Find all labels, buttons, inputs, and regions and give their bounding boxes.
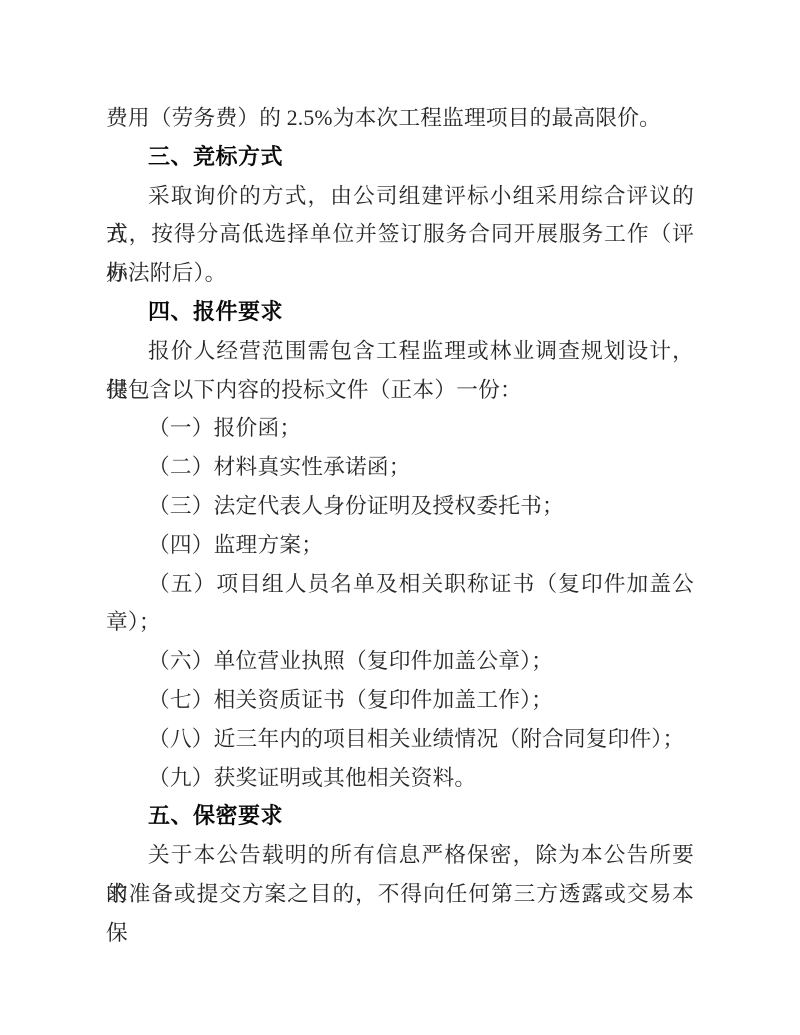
list-item-line: （五）项目组人员名单及相关职称证书（复印件加盖公 bbox=[106, 565, 694, 604]
list-item-line: （六）单位营业执照（复印件加盖公章）； bbox=[106, 642, 694, 681]
document-text-block: 费用（劳务费）的 2.5%为本次工程监理项目的最高限价。 三、竞标方式 采取询价… bbox=[106, 99, 694, 914]
body-line: 供包含以下内容的投标文件（正本）一份： bbox=[106, 371, 694, 410]
body-line: 关于本公告载明的所有信息严格保密，除为本公告所要求 bbox=[106, 836, 694, 875]
section-heading: 五、保密要求 bbox=[106, 797, 694, 836]
list-item-line: （一）报价函； bbox=[106, 409, 694, 448]
body-line: 的准备或提交方案之目的，不得向任何第三方透露或交易本保 bbox=[106, 875, 694, 914]
body-line: 式，按得分高低选择单位并签订服务合同开展服务工作（评标 bbox=[106, 215, 694, 254]
list-item-line: （三）法定代表人身份证明及授权委托书； bbox=[106, 487, 694, 526]
body-line: 费用（劳务费）的 2.5%为本次工程监理项目的最高限价。 bbox=[106, 99, 694, 138]
body-line: 报价人经营范围需包含工程监理或林业调查规划设计，提 bbox=[106, 332, 694, 371]
list-item-line: （九）获奖证明或其他相关资料。 bbox=[106, 759, 694, 798]
section-heading: 四、报件要求 bbox=[106, 293, 694, 332]
list-item-line: （二）材料真实性承诺函； bbox=[106, 448, 694, 487]
document-page: 费用（劳务费）的 2.5%为本次工程监理项目的最高限价。 三、竞标方式 采取询价… bbox=[0, 0, 800, 1035]
list-item-line: 章）； bbox=[106, 603, 694, 642]
section-heading: 三、竞标方式 bbox=[106, 138, 694, 177]
list-item-line: （八）近三年内的项目相关业绩情况（附合同复印件）； bbox=[106, 720, 694, 759]
body-line: 采取询价的方式，由公司组建评标小组采用综合评议的方 bbox=[106, 177, 694, 216]
list-item-line: （四）监理方案； bbox=[106, 526, 694, 565]
body-line: 办法附后）。 bbox=[106, 254, 694, 293]
list-item-line: （七）相关资质证书（复印件加盖工作）； bbox=[106, 681, 694, 720]
